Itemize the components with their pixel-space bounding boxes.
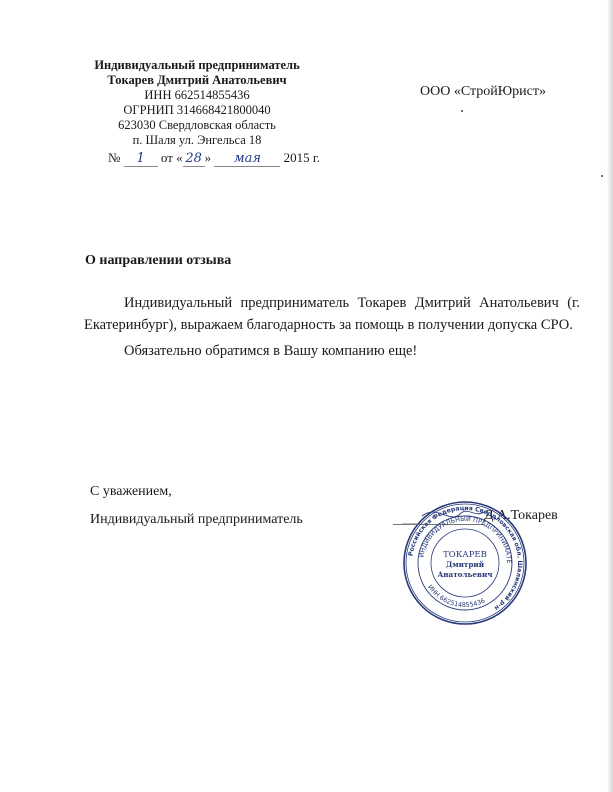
recipient: ООО «СтройЮрист»: [420, 84, 546, 100]
document-number-line: № 1 от «28» мая 2015 г.: [108, 150, 320, 167]
letter-body: Индивидуальный предприниматель Токарев Д…: [84, 292, 580, 362]
body-paragraph: Индивидуальный предприниматель Токарев Д…: [84, 292, 580, 336]
sender-inn: ИНН 662514855436: [92, 88, 302, 103]
date-from-label: от «: [161, 150, 183, 165]
sender-name: Токарев Дмитрий Анатольевич: [92, 73, 302, 88]
document-subject: О направлении отзыва: [85, 253, 231, 269]
sender-title: Индивидуальный предприниматель: [92, 58, 302, 73]
body-paragraph: Обязательно обратимся в Вашу компанию ещ…: [84, 340, 580, 362]
sender-block: Индивидуальный предприниматель Токарев Д…: [92, 58, 302, 148]
number-sign: №: [108, 150, 120, 165]
stamp-patronymic: Анатольевич: [437, 570, 493, 579]
document-number: 1: [124, 151, 158, 167]
stamp-surname: ТОКАРЕВ: [443, 550, 487, 560]
stamp-first-name: Дмитрий: [446, 560, 485, 569]
sender-address: п. Шаля ул. Энгельса 18: [92, 133, 302, 148]
scan-speck: [601, 175, 603, 177]
scan-speck: [461, 110, 463, 112]
signer-position: Индивидуальный предприниматель: [90, 512, 303, 528]
sender-ogrnip: ОГРНИП 314668421800040: [92, 103, 302, 118]
date-close-quote: »: [205, 150, 212, 165]
closing-phrase: С уважением,: [90, 484, 172, 500]
date-day: 28: [183, 151, 205, 167]
date-month: мая: [214, 151, 280, 167]
page-edge-shadow: [607, 0, 613, 792]
official-stamp-icon: Российская Федерация Свердловская обл. Ш…: [402, 500, 528, 626]
date-year: 2015 г.: [284, 150, 320, 165]
sender-region: 623030 Свердловская область: [92, 118, 302, 133]
